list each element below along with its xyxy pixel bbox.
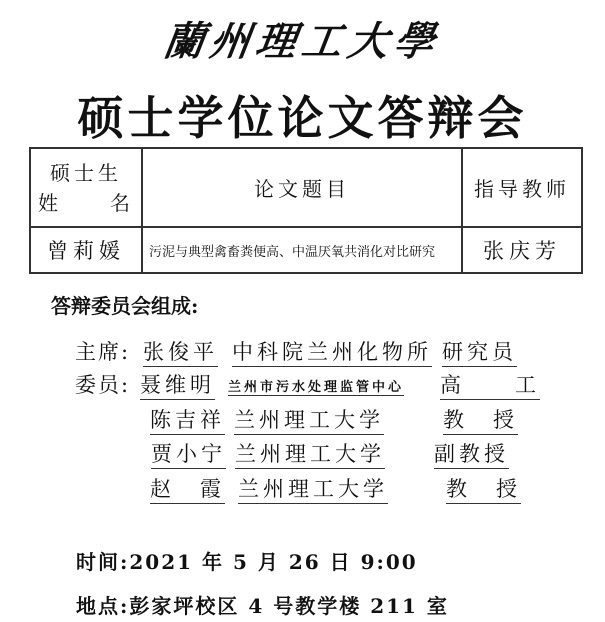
meeting-place: 地点:彭家坪校区 4 号教学楼 211 室 [76,590,449,619]
table-header-row: 硕士生 姓 名 论文题目 指导教师 [30,148,582,227]
member-affiliation: 兰州理工大学 [234,404,384,435]
committee-row: 陈吉祥 兰州理工大学 教 授 [0,404,605,432]
member-title: 教 授 [446,473,521,504]
member-title: 副教授 [434,438,509,469]
thesis-info-table: 硕士生 姓 名 论文题目 指导教师 曾莉媛 污泥与典型禽畜粪便高、中温厌氧共消化… [29,147,583,274]
member-name: 聂维明 [140,369,215,400]
member-name: 贾小宁 [151,438,226,469]
committee-row: 委员: 聂维明 兰州市污水处理监管中心 高 工 [0,369,605,397]
place-value: 彭家坪校区 4 号教学楼 211 室 [129,594,449,618]
time-value: 2021 年 5 月 26 日 9:00 [129,550,417,574]
university-logo: 蘭州理工大學 [0,10,605,67]
header-topic: 论文题目 [142,148,462,227]
member-affiliation: 兰州理工大学 [235,438,385,469]
member-label: 委员: [75,369,130,399]
header-student: 硕士生 姓 名 [30,148,142,227]
place-label: 地点: [76,594,129,618]
member-affiliation: 中科院兰州化物所 [232,336,432,367]
member-name: 赵 霞 [150,473,225,504]
member-affiliation: 兰州理工大学 [238,473,388,504]
member-title: 研究员 [442,336,517,367]
committee-heading: 答辩委员会组成: [51,290,198,319]
chair-label: 主席: [75,336,130,366]
committee-row-chair: 主席: 张俊平 中科院兰州化物所 研究员 [0,336,605,364]
member-affiliation: 兰州市污水处理监管中心 [228,376,404,396]
student-name: 曾莉媛 [30,227,142,273]
committee-row: 赵 霞 兰州理工大学 教 授 [0,473,605,501]
page-title: 硕士学位论文答辩会 [0,82,605,148]
committee-row: 贾小宁 兰州理工大学 副教授 [0,438,605,466]
advisor-name: 张庆芳 [462,227,582,273]
thesis-topic: 污泥与典型禽畜粪便高、中温厌氧共消化对比研究 [142,227,462,273]
time-label: 时间: [76,550,129,574]
member-name: 张俊平 [143,336,218,367]
member-name: 陈吉祥 [150,404,225,435]
member-title: 高 工 [440,369,540,400]
table-row: 曾莉媛 污泥与典型禽畜粪便高、中温厌氧共消化对比研究 张庆芳 [30,227,582,273]
header-advisor: 指导教师 [462,148,582,227]
meeting-time: 时间:2021 年 5 月 26 日 9:00 [76,546,418,575]
member-title: 教 授 [443,404,518,435]
